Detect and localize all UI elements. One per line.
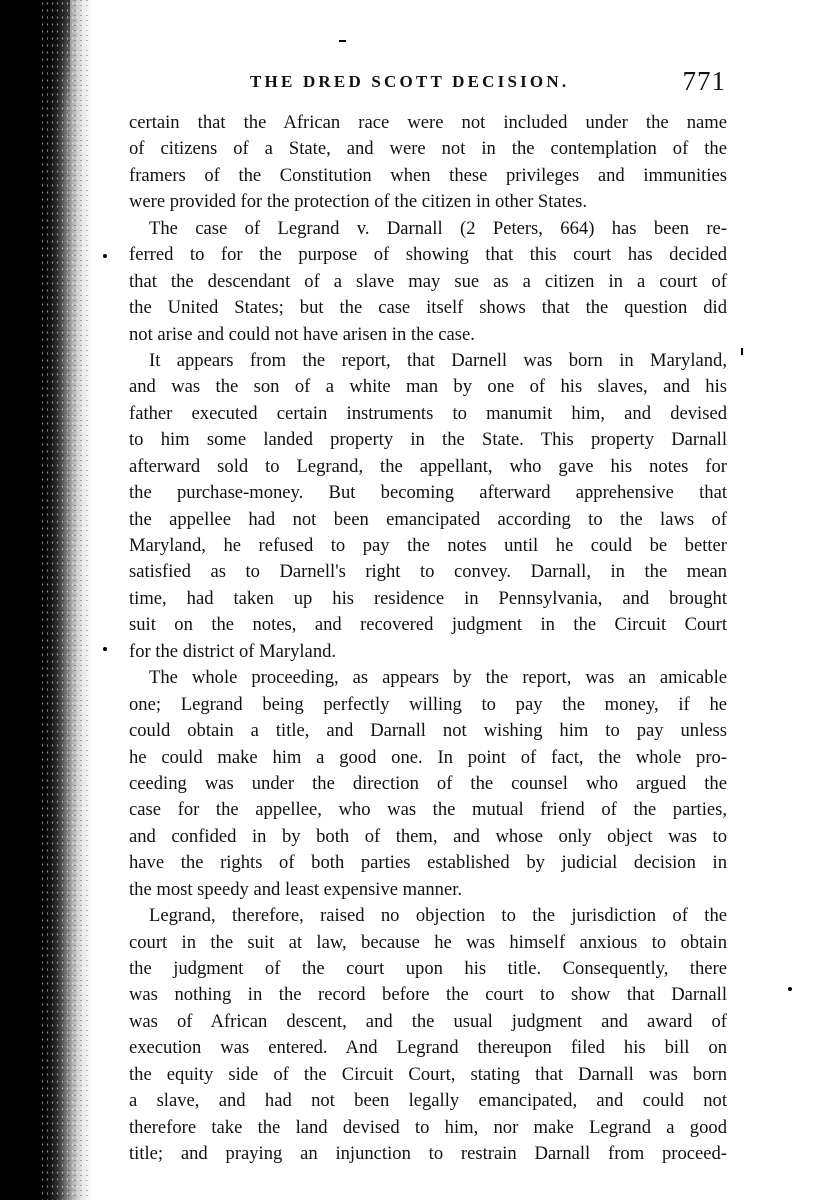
text-line: not arise and could not have arisen in t… — [129, 322, 727, 348]
text-line: Legrand, therefore, raised no objection … — [129, 903, 727, 929]
text-line: the appellee had not been emancipated ac… — [129, 507, 727, 533]
paragraph: It appears from the report, that Darnell… — [129, 348, 727, 665]
text-line: he could make him a good one. In point o… — [129, 745, 727, 771]
page-header: THE DRED SCOTT DECISION. 771 — [250, 66, 730, 96]
text-line: were provided for the protection of the … — [129, 189, 727, 215]
text-line: case for the appellee, who was the mutua… — [129, 797, 727, 823]
text-line: of citizens of a State, and were not in … — [129, 136, 727, 162]
text-line: suit on the notes, and recovered judgmen… — [129, 612, 727, 638]
paragraph: The whole proceeding, as appears by the … — [129, 665, 727, 903]
margin-tick-mark — [741, 348, 743, 355]
text-line: could obtain a title, and Darnall not wi… — [129, 718, 727, 744]
page-number: 771 — [683, 66, 727, 97]
text-line: ferred to for the purpose of showing tha… — [129, 242, 727, 268]
text-line: and was the son of a white man by one of… — [129, 374, 727, 400]
text-line: therefore take the land devised to him, … — [129, 1115, 727, 1141]
text-line: and confided in by both of them, and who… — [129, 824, 727, 850]
text-line: have the rights of both parties establis… — [129, 850, 727, 876]
text-line: was of African descent, and the usual ju… — [129, 1009, 727, 1035]
scan-gutter-noise — [40, 0, 90, 1200]
page-body: certain that the African race were not i… — [129, 110, 727, 1168]
text-line: framers of the Constitution when these p… — [129, 163, 727, 189]
text-line: was nothing in the record before the cou… — [129, 982, 727, 1008]
text-line: the most speedy and least expensive mann… — [129, 877, 727, 903]
text-line: the judgment of the court upon his title… — [129, 956, 727, 982]
text-line: court in the suit at law, because he was… — [129, 930, 727, 956]
paragraph: The case of Legrand v. Darnall (2 Peters… — [129, 216, 727, 348]
text-line: The case of Legrand v. Darnall (2 Peters… — [129, 216, 727, 242]
text-line: the United States; but the case itself s… — [129, 295, 727, 321]
text-line: satisfied as to Darnell's right to conve… — [129, 559, 727, 585]
text-line: to him some landed property in the State… — [129, 427, 727, 453]
margin-dot-mark — [103, 254, 107, 258]
paragraph: certain that the African race were not i… — [129, 110, 727, 216]
margin-dot-mark — [103, 647, 107, 651]
text-line: The whole proceeding, as appears by the … — [129, 665, 727, 691]
text-line: father executed certain instruments to m… — [129, 401, 727, 427]
text-line: time, had taken up his residence in Penn… — [129, 586, 727, 612]
text-line: the purchase-money. But becoming afterwa… — [129, 480, 727, 506]
text-line: afterward sold to Legrand, the appellant… — [129, 454, 727, 480]
text-line: for the district of Maryland. — [129, 639, 727, 665]
running-title: THE DRED SCOTT DECISION. — [250, 72, 569, 92]
text-line: one; Legrand being perfectly willing to … — [129, 692, 727, 718]
text-line: the equity side of the Circuit Court, st… — [129, 1062, 727, 1088]
text-line: certain that the African race were not i… — [129, 110, 727, 136]
margin-dot-mark — [788, 987, 792, 991]
text-line: ceeding was under the direction of the c… — [129, 771, 727, 797]
text-line: execution was entered. And Legrand there… — [129, 1035, 727, 1061]
paragraph: Legrand, therefore, raised no objection … — [129, 903, 727, 1167]
scan-speck — [339, 40, 346, 42]
text-line: It appears from the report, that Darnell… — [129, 348, 727, 374]
text-line: a slave, and had not been legally emanci… — [129, 1088, 727, 1114]
text-line: title; and praying an injunction to rest… — [129, 1141, 727, 1167]
text-line: Maryland, he refused to pay the notes un… — [129, 533, 727, 559]
text-line: that the descendant of a slave may sue a… — [129, 269, 727, 295]
